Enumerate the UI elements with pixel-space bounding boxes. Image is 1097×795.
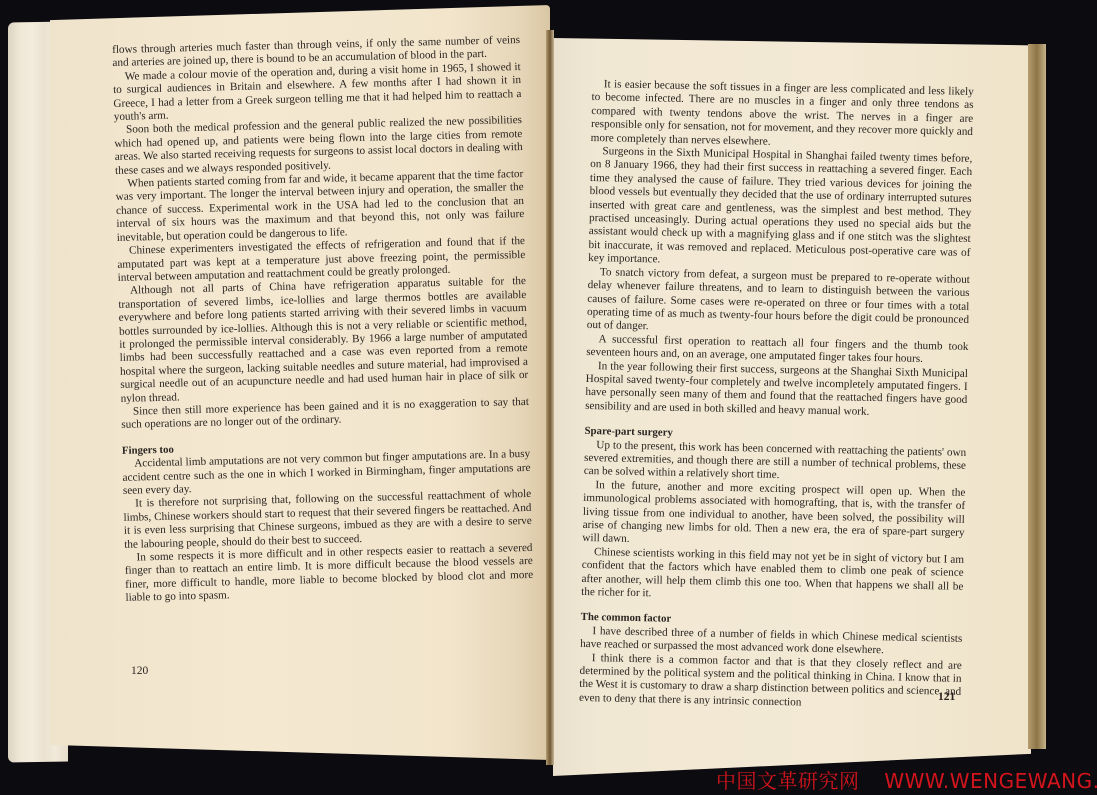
watermark-chinese: 中国文革研究网 [716,769,860,793]
watermark: 中国文革研究网 WWW.WENGEWANG.ORG [716,765,1097,794]
paragraph: In the year following their first succes… [585,359,968,421]
paragraph: Chinese scientists working in this field… [581,546,964,608]
paragraph: When patients started coming from far an… [115,168,525,245]
paragraph: Although not all parts of China have ref… [118,275,529,406]
paragraph: In some respects it is more difficult an… [124,542,533,606]
paragraph: In the future, another and more exciting… [582,479,965,554]
paragraph: To snatch victory from defeat, a surgeon… [587,266,970,341]
watermark-url: WWW.WENGEWANG.ORG [884,769,1097,793]
paragraph: We made a colour movie of the operation … [113,61,522,125]
paragraph: It is easier because the soft tissues in… [591,78,974,153]
right-page-text: It is easier because the soft tissues in… [579,78,974,713]
paragraph: Soon both the medical profession and the… [114,114,523,178]
paragraph: I think there is a common factor and tha… [579,652,962,714]
book-gutter [546,30,554,765]
page-number-left: 120 [131,665,148,677]
open-book-scene: flows through arteries much faster than … [0,0,1097,795]
paragraph: It is therefore not surprising that, fol… [123,488,532,552]
paragraph: Surgeons in the Sixth Municipal Hospital… [588,145,972,274]
left-page-text: flows through arteries much faster than … [112,34,534,605]
page-number-right: 121 [938,691,955,703]
right-page-edges [1028,44,1046,749]
